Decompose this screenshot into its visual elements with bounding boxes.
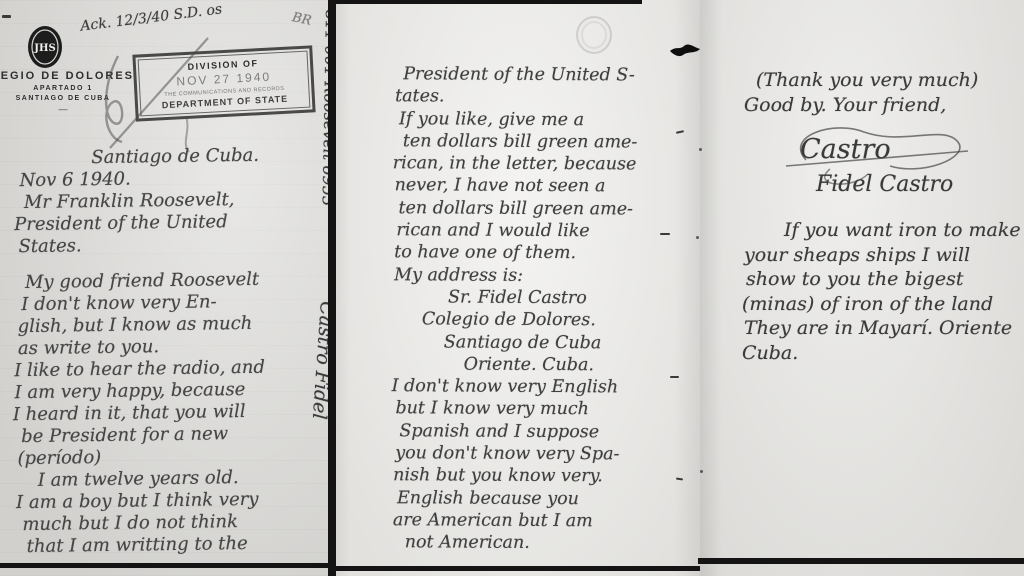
scan-edge-top: [336, 0, 642, 4]
ink-dot: [700, 470, 703, 473]
handwritten-line: are American but I am: [393, 509, 701, 533]
letter-body-page-1: Santiago de Cuba.Nov 6 1940.Mr Franklin …: [9, 144, 333, 558]
handwritten-line: Spanish and I suppose: [399, 420, 701, 444]
handwritten-line: rican, in the letter, because: [393, 152, 703, 176]
handwritten-line: Sr. Fidel Castro: [448, 286, 702, 310]
handwritten-line: (Thank you very much): [756, 68, 1024, 93]
handwritten-line: President of the United S-: [403, 63, 703, 87]
handwritten-line: but I know very much: [395, 398, 701, 422]
pencil-initials: BR: [291, 10, 313, 29]
letter-scan: JHS LEGIO DE DOLORES APARTADO 1 SANTIAGO…: [0, 0, 1024, 576]
stray-ink-mark: [2, 15, 11, 18]
letter-page-2: President of the United S-tates.If you l…: [336, 0, 700, 576]
handwritten-line: that I am writting to the: [27, 532, 333, 558]
handwritten-line: tates.: [395, 85, 703, 109]
scan-edge-bottom-left: [0, 563, 330, 568]
handwritten-line: never, I have not seen a: [395, 175, 703, 199]
pen-dash-mark: [660, 233, 670, 235]
handwritten-line: Santiago de Cuba: [444, 331, 702, 355]
signature-surname: Castro: [800, 134, 891, 165]
handwritten-line: your sheaps ships I will: [744, 243, 1024, 268]
handwritten-line: not American.: [405, 531, 701, 555]
scan-edge-bottom-right: [698, 558, 1024, 564]
ink-blot: [668, 42, 702, 63]
handwritten-line: (minas) of iron of the land: [742, 292, 1024, 317]
handwritten-line: show to you the bigest: [746, 267, 1024, 292]
handwritten-line: If you want iron to make: [784, 218, 1024, 243]
handwritten-line: to have one of them.: [394, 242, 702, 266]
scan-edge-bottom-middle: [336, 566, 700, 571]
ink-dot: [699, 148, 702, 151]
handwritten-line: If you like, give me a: [399, 108, 703, 132]
handwritten-line: Oriente. Cuba.: [464, 353, 702, 377]
handwritten-line: They are in Mayarí. Oriente: [744, 316, 1024, 341]
jhs-seal-icon: JHS: [26, 24, 64, 75]
embossed-seal-impression: [576, 16, 612, 54]
letter-postscript: If you want iron to makeyour sheaps ship…: [742, 218, 1024, 365]
letter-page-1: JHS LEGIO DE DOLORES APARTADO 1 SANTIAGO…: [0, 0, 330, 576]
letter-body-page-2: President of the United S-tates.If you l…: [391, 63, 704, 555]
handwritten-line: you don't know very Spa-: [395, 442, 701, 466]
jhs-seal-text: JHS: [33, 43, 55, 54]
handwritten-line: Colegio de Dolores.: [422, 309, 702, 333]
handwritten-line: I don't know very English: [392, 375, 702, 399]
handwritten-line: rican and I would like: [396, 219, 702, 243]
letter-closing: (Thank you very much)Good by. Your frien…: [742, 68, 1024, 118]
handwritten-line: ten dollars bill green ame-: [398, 197, 702, 221]
signature-full-name: Fidel Castro: [816, 172, 953, 197]
handwritten-line: nish but you know very.: [393, 465, 701, 489]
handwritten-line: My address is:: [394, 264, 702, 288]
handwritten-line: ten dollars bill green ame-: [403, 130, 703, 154]
handwritten-line: Cuba.: [742, 341, 1024, 366]
page-edge-separator: [328, 0, 336, 576]
handwritten-line: English because you: [397, 487, 701, 511]
ink-dot: [696, 236, 699, 239]
pen-dash-mark: [670, 376, 679, 378]
